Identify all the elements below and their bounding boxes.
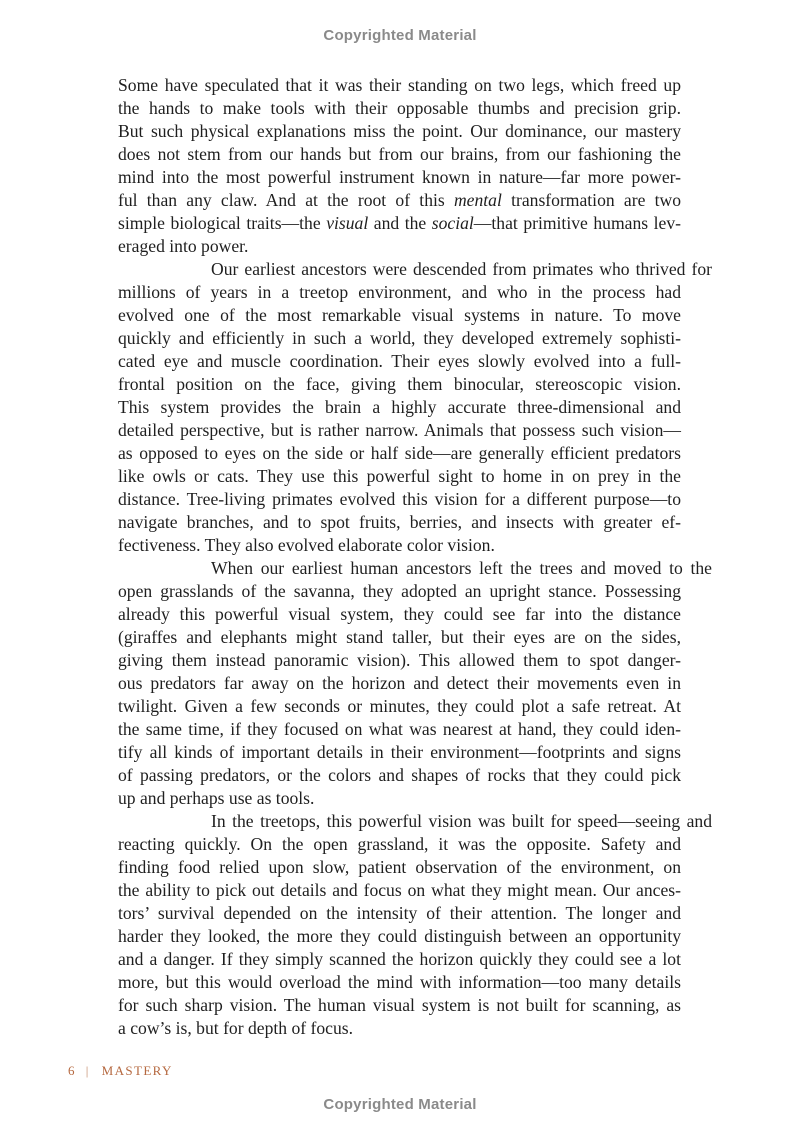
- text-line: up and perhaps use as tools.: [118, 787, 681, 810]
- text-line: harder they looked, the more they could …: [118, 925, 681, 948]
- text-line: of passing predators, or the colors and …: [118, 764, 681, 787]
- text-line: detailed perspective, but is rather narr…: [118, 419, 681, 442]
- text-line: tors’ survival depended on the intensity…: [118, 902, 681, 925]
- text-line: more, but this would overload the mind w…: [118, 971, 681, 994]
- text-line: for such sharp vision. The human visual …: [118, 994, 681, 1017]
- text-line: already this powerful visual system, the…: [118, 603, 681, 626]
- text-line: twilight. Given a few seconds or minutes…: [118, 695, 681, 718]
- text-line: the hands to make tools with their oppos…: [118, 97, 681, 120]
- text-line: distance. Tree-living primates evolved t…: [118, 488, 681, 511]
- text-line: (giraffes and elephants might stand tall…: [118, 626, 681, 649]
- text-line: simple biological traits—the visual and …: [118, 212, 681, 235]
- running-footer-book-title: MASTERY: [102, 1063, 173, 1078]
- text-line: does not stem from our hands but from ou…: [118, 143, 681, 166]
- footer-separator: |: [86, 1063, 89, 1079]
- text-line: reacting quickly. On the open grassland,…: [118, 833, 681, 856]
- italic-emphasis: mental: [454, 190, 502, 210]
- text-line: This system provides the brain a highly …: [118, 396, 681, 419]
- paragraph: In the treetops, this powerful vision wa…: [118, 810, 681, 1040]
- text-line: ful than any claw. And at the root of th…: [118, 189, 681, 212]
- paragraph: Our earliest ancestors were descended fr…: [118, 258, 681, 557]
- page-footer: 6 | MASTERY: [68, 1063, 173, 1079]
- text-line: evolved one of the most remarkable visua…: [118, 304, 681, 327]
- text-line: like owls or cats. They use this powerfu…: [118, 465, 681, 488]
- text-line: ous predators far away on the horizon an…: [118, 672, 681, 695]
- text-line: as opposed to eyes on the side or half s…: [118, 442, 681, 465]
- text-line: cated eye and muscle coordination. Their…: [118, 350, 681, 373]
- text-line: a cow’s is, but for depth of focus.: [118, 1017, 681, 1040]
- text-line: finding food relied upon slow, patient o…: [118, 856, 681, 879]
- paragraph: When our earliest human ancestors left t…: [118, 557, 681, 810]
- text-line: open grasslands of the savanna, they ado…: [118, 580, 681, 603]
- text-line: In the treetops, this powerful vision wa…: [118, 810, 681, 833]
- text-line: millions of years in a treetop environme…: [118, 281, 681, 304]
- text-line: and a danger. If they simply scanned the…: [118, 948, 681, 971]
- text-line: When our earliest human ancestors left t…: [118, 557, 681, 580]
- text-line: navigate branches, and to spot fruits, b…: [118, 511, 681, 534]
- text-line: Some have speculated that it was their s…: [118, 74, 681, 97]
- page-number: 6: [68, 1063, 75, 1079]
- text-line: the same time, if they focused on what w…: [118, 718, 681, 741]
- italic-emphasis: social: [432, 213, 474, 233]
- italic-emphasis: visual: [326, 213, 368, 233]
- text-line: Our earliest ancestors were descended fr…: [118, 258, 681, 281]
- text-line: fectiveness. They also evolved elaborate…: [118, 534, 681, 557]
- paragraph: Some have speculated that it was their s…: [118, 74, 681, 258]
- text-line: quickly and efficiently in such a world,…: [118, 327, 681, 350]
- copyright-watermark-top: Copyrighted Material: [0, 27, 800, 44]
- text-line: tify all kinds of important details in t…: [118, 741, 681, 764]
- copyright-watermark-bottom: Copyrighted Material: [0, 1096, 800, 1113]
- text-line: the ability to pick out details and focu…: [118, 879, 681, 902]
- text-line: eraged into power.: [118, 235, 681, 258]
- text-line: frontal position on the face, giving the…: [118, 373, 681, 396]
- page-body-text: Some have speculated that it was their s…: [118, 74, 681, 1040]
- text-line: mind into the most powerful instrument k…: [118, 166, 681, 189]
- text-line: giving them instead panoramic vision). T…: [118, 649, 681, 672]
- text-line: But such physical explanations miss the …: [118, 120, 681, 143]
